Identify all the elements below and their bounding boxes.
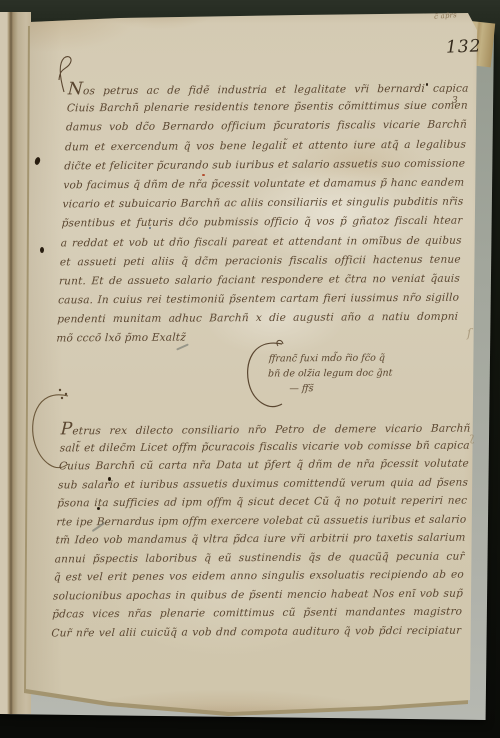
manuscript-line: tm̃ Ideo vob mandamus q̃ vltra p̃dca iur… <box>55 529 466 550</box>
blue-speck <box>149 227 151 229</box>
manuscript-line: q̃ est vel erit penes vos eidem anno sin… <box>53 566 464 587</box>
manuscript-line: dum et exercendum q̃ vos bene legalit̃ e… <box>65 135 467 157</box>
manuscript-line: pendenti munitam adhuc Barchñ x die augu… <box>57 308 459 330</box>
signature-line: bñ de olz̃ia legum doc g̃nt <box>268 366 409 382</box>
manuscript-line: Petrus rex dilecto consiliario nr̃o Petr… <box>60 418 471 439</box>
manuscript-line: et assueti peti aliis q̃ dc̃m peracionis… <box>59 250 461 272</box>
ink-blot <box>97 507 100 510</box>
margin-mark: ſ <box>467 326 471 340</box>
manuscript-line: p̃sentibus et futuris dc̃o pubmissis off… <box>61 212 463 234</box>
manuscript-line: p̃sona ita sufficies ad ipm offm q̃ sicu… <box>57 492 468 513</box>
ink-blot <box>108 477 111 481</box>
signature-line: ffranc̃ fuxi md̃o r̃io fc̃o q̃ <box>268 351 409 367</box>
ink-blot <box>40 247 44 253</box>
ink-dot <box>426 83 428 86</box>
signature-block: ffranc̃ fuxi md̃o r̃io fc̃o q̃ bñ de olz… <box>267 351 409 397</box>
manuscript-photo: c̃ ap̃rs 132 3 Nos petrus ac de fidẽ ind… <box>0 0 500 738</box>
folio-number: 132 <box>446 36 482 57</box>
manuscript-line: Cur̃ nr̃e vel alii cuicũq̃ a vob dnd com… <box>51 621 462 642</box>
text-block-2: Petrus rex dilecto consiliario nr̃o Petr… <box>51 418 471 643</box>
manuscript-line: damus vob dc̃o Bernardo officium p̃curat… <box>65 116 467 138</box>
manuscript-line: a reddat et vob ut dño fiscali pareat et… <box>60 231 462 253</box>
text-block-1: Nos petrus ac de fidẽ industria et legal… <box>56 78 469 350</box>
manuscript-line: p̃dcas vices nr̃as plenarie comittimus c… <box>52 603 463 624</box>
red-speck <box>202 174 205 176</box>
signature-line: — ffs̃ <box>267 381 408 397</box>
margin-mark: ʅ <box>469 430 475 444</box>
manuscript-line: Cuius Barchñ cũ carta nr̃a Data ut p̃fer… <box>59 455 470 476</box>
